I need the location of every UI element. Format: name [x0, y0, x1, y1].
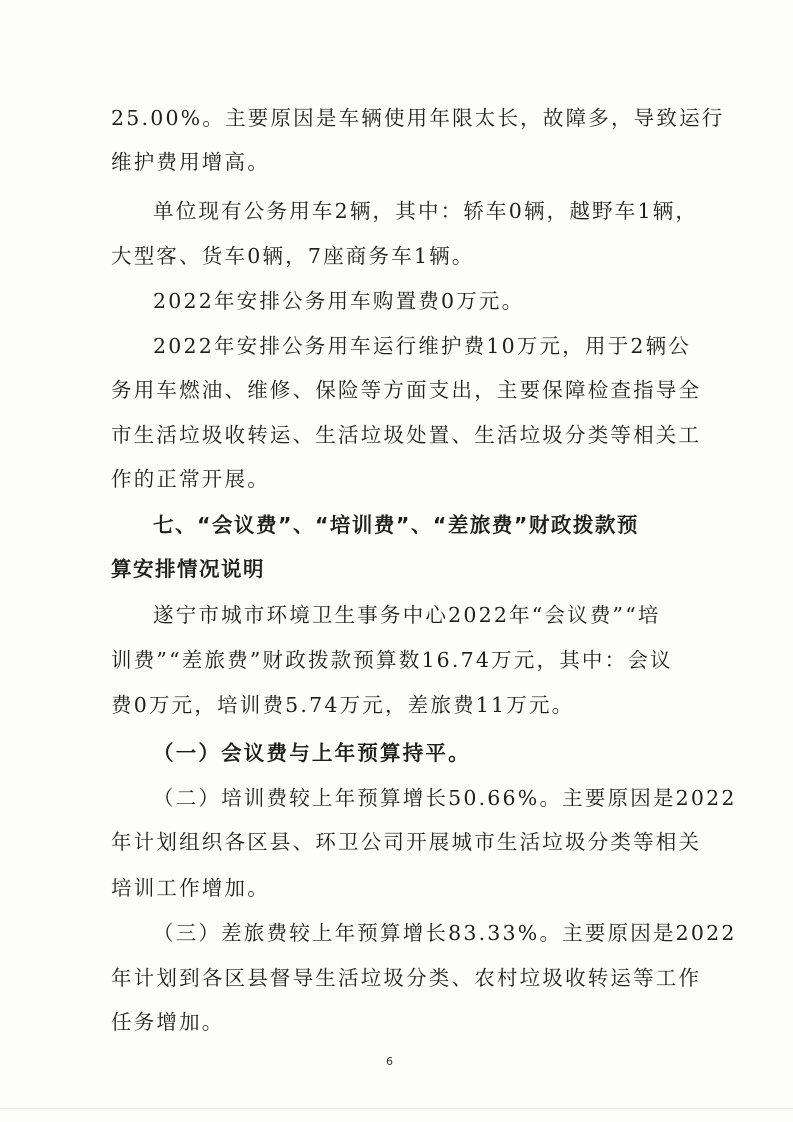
section-heading: 算安排情况说明: [111, 555, 693, 583]
paragraph-line: 训费”“差旅费”财政拨款预算数16.74万元，其中：会议: [111, 646, 693, 674]
subsection-line: （一）会议费与上年预算持平。: [153, 739, 693, 767]
subsection-line: （二）培训费较上年预算增长50.66%。主要原因是2022: [153, 784, 693, 812]
paragraph-line: 维护费用增高。: [111, 148, 693, 176]
paragraph-line: 作的正常开展。: [111, 465, 693, 493]
paragraph-line: 2022年安排公务用车运行维护费10万元，用于2辆公: [153, 332, 693, 360]
paragraph-line: 培训工作增加。: [111, 874, 693, 902]
paragraph-line: 务用车燃油、维修、保险等方面支出，主要保障检查指导全: [111, 376, 693, 404]
paragraph-line: 市生活垃圾收转运、生活垃圾处置、生活垃圾分类等相关工: [111, 421, 693, 449]
paragraph-line: 单位现有公务用车2辆，其中：轿车0辆，越野车1辆，: [153, 197, 693, 225]
subsection-line: （三）差旅费较上年预算增长83.33%。主要原因是2022: [153, 919, 693, 947]
section-heading: 七、“会议费”、“培训费”、“差旅费”财政拨款预: [153, 511, 693, 539]
paragraph-line: 任务增加。: [111, 1008, 693, 1036]
scan-edge-divider: [0, 1108, 793, 1109]
paragraph-line: 年计划到各区县督导生活垃圾分类、农村垃圾收转运等工作: [111, 964, 693, 992]
paragraph-line: 费0万元，培训费5.74万元，差旅费11万元。: [111, 691, 693, 719]
paragraph-line: 2022年安排公务用车购置费0万元。: [153, 287, 693, 315]
paragraph-line: 年计划组织各区县、环卫公司开展城市生活垃圾分类等相关: [111, 828, 693, 856]
paragraph-line: 遂宁市城市环境卫生事务中心2022年“会议费”“培: [153, 601, 693, 629]
document-page: 25.00%。主要原因是车辆使用年限太长，故障多，导致运行 维护费用增高。 单位…: [0, 0, 793, 1122]
paragraph-line: 25.00%。主要原因是车辆使用年限太长，故障多，导致运行: [111, 104, 693, 132]
page-number: 6: [386, 1055, 393, 1068]
paragraph-line: 大型客、货车0辆，7座商务车1辆。: [111, 242, 693, 270]
